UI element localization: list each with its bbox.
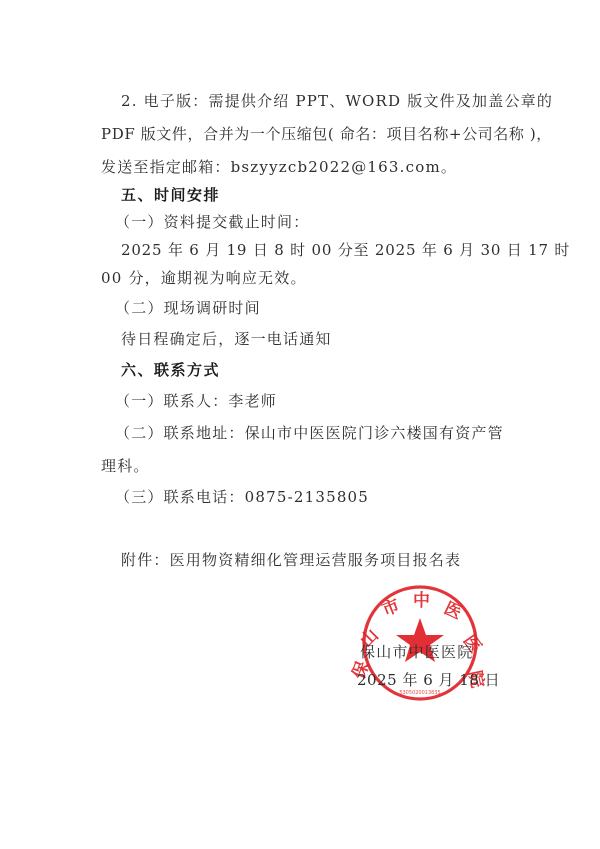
deadline-text-line2: 00 分，逾期视为响应无效。 bbox=[101, 268, 307, 288]
contact-address-line1: （二）联系地址：保山市中医医院门诊六楼国有资产管 bbox=[115, 423, 504, 443]
attachment-note: 附件：医用物资精细化管理运营服务项目报名表 bbox=[121, 550, 461, 570]
svg-text:中: 中 bbox=[413, 590, 430, 611]
signature-date: 2025 年 6 月 18 日 bbox=[357, 670, 500, 690]
svg-text:5305020013835: 5305020013835 bbox=[399, 690, 440, 696]
contact-address-line2: 理科。 bbox=[101, 456, 150, 476]
paragraph-electronic-line1: 2. 电子版：需提供介绍 PPT、WORD 版文件及加盖公章的 bbox=[121, 91, 553, 111]
section-title-contact: 六、联系方式 bbox=[121, 360, 220, 380]
signature-organization: 保山市中医医院 bbox=[360, 642, 473, 662]
paragraph-electronic-line3: 发送至指定邮箱：bszyyzcb2022@163.com。 bbox=[101, 157, 457, 177]
contact-person: （一）联系人：李老师 bbox=[115, 391, 277, 411]
document-page: 2. 电子版：需提供介绍 PPT、WORD 版文件及加盖公章的 PDF 版文件，… bbox=[0, 0, 600, 849]
subsection-site-visit: （二）现场调研时间 bbox=[115, 298, 261, 318]
deadline-text-line1: 2025 年 6 月 19 日 8 时 00 分至 2025 年 6 月 30 … bbox=[121, 240, 570, 260]
subsection-submission-deadline: （一）资料提交截止时间： bbox=[115, 212, 309, 232]
contact-phone: （三）联系电话：0875-2135805 bbox=[115, 487, 369, 507]
svg-text:市: 市 bbox=[379, 595, 403, 621]
paragraph-electronic-line2: PDF 版文件，合并为一个压缩包( 命名：项目名称+公司名称 )， bbox=[101, 124, 552, 144]
svg-text:医: 医 bbox=[441, 598, 465, 623]
site-visit-text: 待日程确定后，逐一电话通知 bbox=[121, 329, 332, 349]
section-title-schedule: 五、时间安排 bbox=[121, 185, 220, 205]
